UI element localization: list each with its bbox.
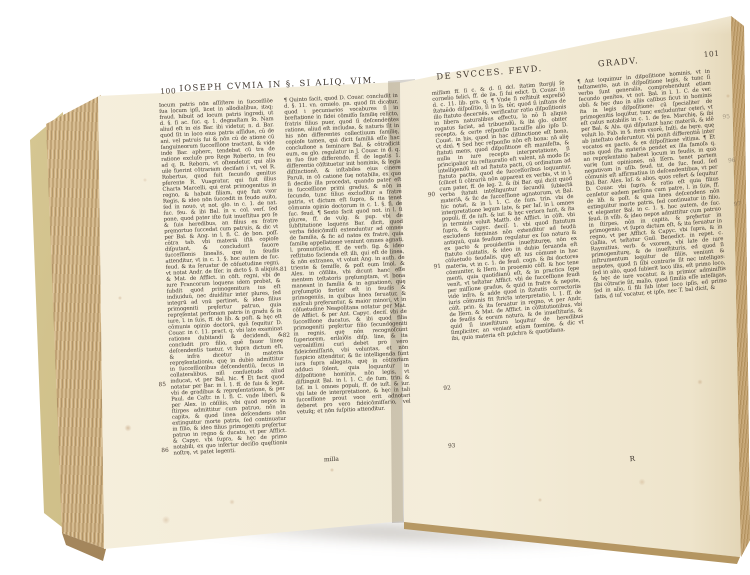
left-page-content: 100 IOSEPH CVMIA IN §. SI ALIQ. VIM. Ioc…	[158, 74, 415, 494]
book-photo: 100 IOSEPH CVMIA IN §. SI ALIQ. VIM. Ioc…	[0, 0, 750, 575]
left-folio-number: 100	[160, 86, 176, 96]
right-running-title-right: GRADV.	[597, 55, 639, 68]
right-column-2: ¶ Aut loquimur in diſpoſitione hominis, …	[577, 69, 739, 441]
margin-number: 97	[733, 201, 741, 208]
catchword: milla	[324, 456, 339, 464]
margin-number: 93	[448, 443, 456, 450]
signature-mark: R	[629, 455, 635, 463]
margin-number: 96	[728, 158, 736, 165]
right-page-content: DE SVCCES. FEVD. GRADV. 101 miſſam ff. ſ…	[430, 49, 750, 501]
margin-number: 86	[161, 448, 169, 454]
right-column-1: miſſam ff. ſi c. & d. ſi dcl. ſtatim ſto…	[432, 80, 594, 452]
margin-number: 85	[158, 382, 166, 388]
left-column-1: Iocum patris nōn aſſiſtere in ſucceſſiōe…	[159, 98, 288, 464]
margin-number: 82	[283, 333, 291, 339]
margin-number: 91	[433, 264, 441, 271]
margin-number: 92	[443, 385, 451, 392]
left-column-2: ¶ Quinto facit, quod D. Couar. concludit…	[284, 93, 413, 459]
margin-number: 95	[722, 114, 730, 121]
margin-number: 90	[428, 192, 436, 199]
margin-number: 81	[280, 267, 288, 273]
left-page-columns: Iocum patris nōn aſſiſtere in ſucceſſiōe…	[159, 93, 414, 465]
right-folio-number: 101	[703, 49, 719, 59]
right-page-columns: miſſam ff. ſi c. & d. ſi dcl. ſtatim ſto…	[432, 68, 750, 452]
left-running-title: IOSEPH CVMIA IN §. SI ALIQ. VIM.	[158, 74, 398, 94]
